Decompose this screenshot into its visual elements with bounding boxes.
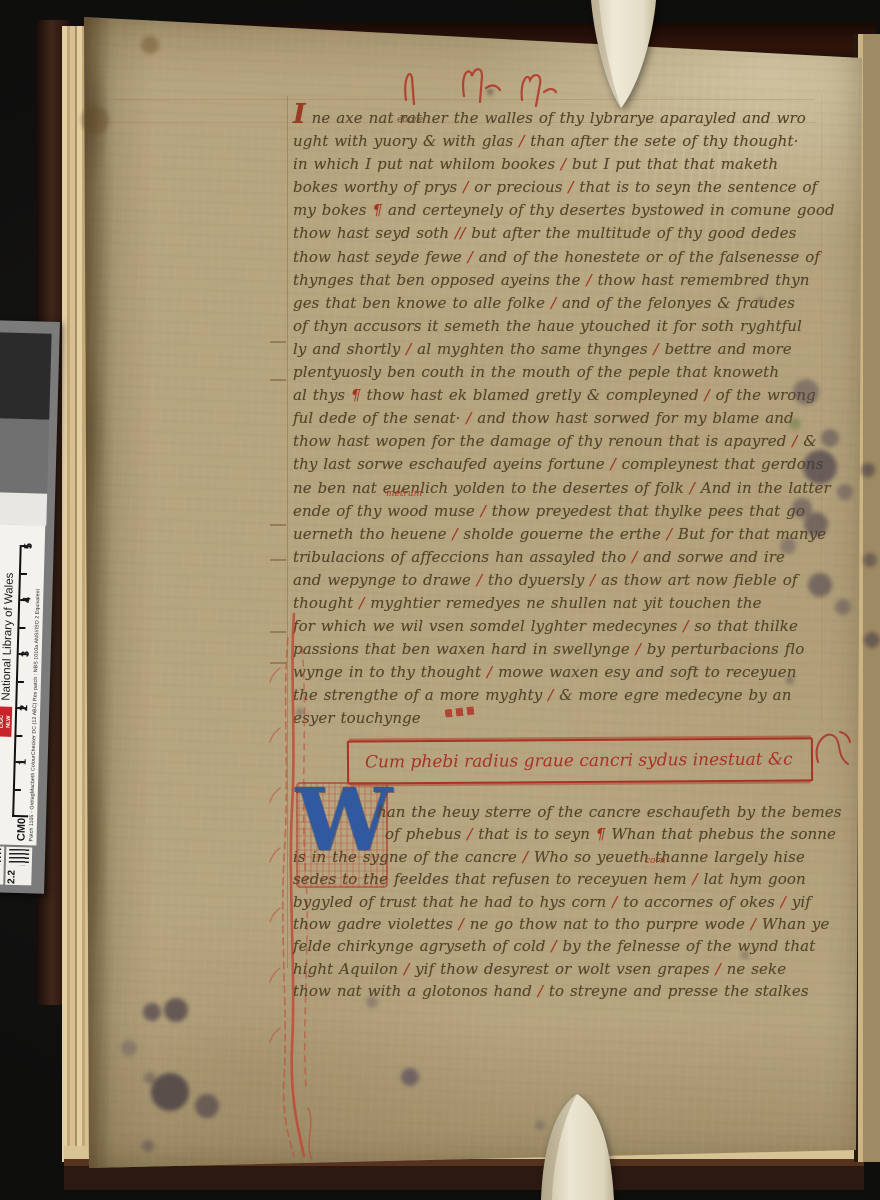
cm-segment: 2 — [16, 707, 27, 761]
manuscript-line: han the heuy sterre of the cancre eschau… — [293, 801, 838, 823]
manuscript-line: tribulacions of affeccions han assayled … — [293, 546, 838, 569]
ivory-page-weight-top — [580, 0, 680, 115]
cm-number-0: 0 — [16, 818, 28, 824]
cm-segment: 4 — [19, 599, 30, 653]
library-label: Llyfrgell Genedlaethol Cymru LlGC NLW Na… — [0, 524, 45, 845]
manuscript-line: for which we wil vsen somdel lyghter med… — [293, 615, 838, 638]
ruled-line-horizontal — [114, 99, 814, 100]
latin-rubric: Cum phebi radius graue cancri sydus ines… — [347, 737, 813, 784]
manuscript-line: ende of thy wood muse / thow preyedest t… — [293, 500, 838, 523]
interlinear-gloss-muse: metrum — [386, 489, 422, 499]
manuscript-line: ful dede of the senat· / and thow hast s… — [293, 407, 838, 430]
manuscript-line: esyer touchynge — [293, 707, 838, 730]
resolution-stripes — [0, 848, 1, 865]
manuscript-line: I ne axe nat rather the walles of thy ly… — [293, 103, 838, 130]
cm-ruler-zero: CM0 — [16, 818, 28, 842]
resolution-patch-2-2: 2.2 — [5, 847, 32, 886]
cm-segment: 1 — [14, 761, 25, 815]
manuscript-photo: I ne axe nat rather the walles of thy ly… — [0, 0, 880, 1200]
grayscale-patch-light — [0, 492, 47, 526]
margin-tick — [270, 662, 286, 664]
manuscript-line: plentyuosly ben couth in the mouth of th… — [293, 361, 838, 384]
cm-segment: 3 — [17, 653, 28, 707]
text-block-metrum: han the heuy sterre of the cancre eschau… — [293, 801, 838, 1003]
manuscript-line: passions that ben waxen hard in swellyng… — [293, 638, 838, 661]
manuscript-line: felde chirkynge agryseth of cold / by th… — [293, 935, 838, 957]
margin-tick — [270, 379, 286, 381]
cm-segment: 5 — [20, 545, 31, 599]
manuscript-line: uerneth tho heuene / sholde gouerne the … — [293, 523, 838, 546]
manuscript-line: is in the sygne of the cancre / Who so y… — [293, 846, 838, 868]
manuscript-line: hight Aquilon / yif thow desyrest or wol… — [293, 958, 838, 980]
manuscript-line: my bokes ¶ and certeynely of thy deserte… — [293, 199, 838, 222]
nlw-logo-line2: NLW — [5, 707, 12, 737]
manuscript-line: in which I put nat whilom bookes / but I… — [293, 153, 838, 176]
library-name-english: National Library of Wales — [0, 572, 15, 700]
manuscript-line: thynges that ben opposed ayeins the / th… — [293, 269, 838, 292]
manuscript-line: thow hast seyd soth // but after the mul… — [293, 222, 838, 245]
manuscript-line: thow hast wopen for the damage of thy re… — [293, 430, 838, 453]
resolution-number: 2.2 — [6, 866, 24, 884]
cm-number-5: 5 — [24, 543, 35, 549]
cm-unit: CM — [15, 824, 27, 841]
grayscale-patch-mid — [0, 418, 49, 494]
ruled-margin-line — [287, 96, 288, 968]
text-block-prose: I ne axe nat rather the walles of thy ly… — [293, 103, 838, 731]
grayscale-patch-dark — [0, 332, 52, 420]
manuscript-line: ges that ben knowe to alle folke / and o… — [293, 292, 838, 315]
manuscript-line: thy last sorwe eschaufed ayeins fortune … — [293, 453, 838, 476]
manuscript-line: ught with yuory & with glas / than after… — [293, 130, 838, 153]
margin-tick — [270, 631, 286, 633]
manuscript-line: ly and shortly / al myghten tho same thy… — [293, 338, 838, 361]
manuscript-line: sedes to the feeldes that refusen to rec… — [293, 868, 838, 890]
resolution-patch-2-5: 2.5 — [0, 846, 4, 885]
manuscript-line: and wepynge to drawe / tho dyuersly / as… — [293, 569, 838, 592]
manuscript-line: al thys ¶ thow hast ek blamed gretly & c… — [293, 384, 838, 407]
manuscript-line: wynge in to thy thought / mowe waxen esy… — [293, 661, 838, 684]
manuscript-line: of phebus / that is to seyn ¶ Whan that … — [293, 823, 838, 845]
margin-tick — [270, 559, 286, 561]
manuscript-line: thow hast seyde fewe / and of the honest… — [293, 246, 838, 269]
ivory-page-weight-bottom — [530, 1086, 630, 1200]
gutter-stain — [84, 14, 114, 1168]
margin-tick — [270, 341, 286, 343]
manuscript-line: thow gadre violettes / ne go thow nat to… — [293, 913, 838, 935]
manuscript-line: of thyn accusors it semeth the haue ytou… — [293, 315, 838, 338]
manuscript-line: ne ben nat euenlich yolden to the desert… — [293, 477, 838, 500]
nlw-logo: LlGC NLW — [0, 706, 12, 736]
library-label-wrap: Llyfrgell Genedlaethol Cymru LlGC NLW Na… — [0, 524, 45, 845]
margin-tick — [270, 524, 286, 526]
manuscript-line: thought / myghtier remedyes ne shullen n… — [293, 592, 838, 615]
manuscript-line: the strengthe of a more myghty / & more … — [293, 684, 838, 707]
manuscript-line: bygyled of trust that he had to hys corn… — [293, 891, 838, 913]
resolution-stripes — [9, 849, 29, 866]
parchment-page: I ne axe nat rather the walles of thy ly… — [84, 14, 862, 1168]
manuscript-line: bokes worthy of prys / or precious / tha… — [293, 176, 838, 199]
interlinear-gloss-ivory: ebore — [397, 115, 423, 125]
manuscript-line: thow nat with a glotonos hand / to strey… — [293, 980, 838, 1002]
